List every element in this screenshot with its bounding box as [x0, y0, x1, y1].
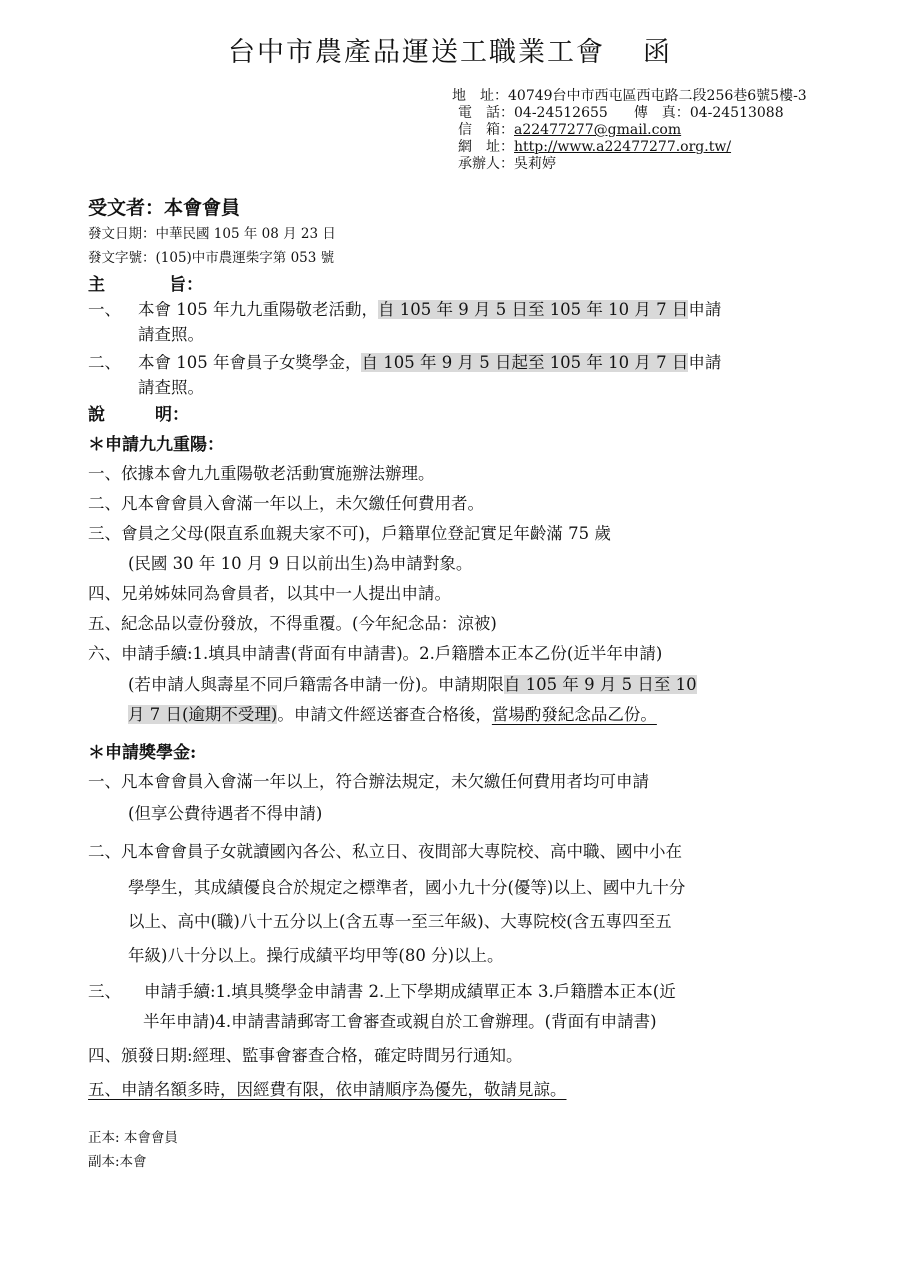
website-link[interactable]: http://www.a22477277.org.tw/	[514, 139, 731, 155]
document-title: 台中市農產品運送工職業工會函	[0, 30, 900, 69]
phone: 04-24512655	[514, 105, 608, 121]
scholarship-item-3: 三、申請手續:1.填具獎學金申請書 2.上下學期成績單正本 3.戶籍謄本正本(近	[88, 978, 676, 1002]
highlighted-deadline: 自 105 年 9 月 5 日至 10	[504, 675, 697, 694]
explanation-heading: 說明：	[88, 400, 189, 425]
chongyang-item-4: 四、兄弟姊妹同為會員者，以其中一人提出申請。	[88, 580, 451, 604]
doc-type: 函	[643, 37, 672, 68]
scholarship-item-2-line2: 學學生，其成績優良合於規定之標準者，國小九十分(優等)以上、國中九十分	[128, 874, 685, 898]
issue-date: 發文日期：中華民國 105 年 08 月 23 日	[88, 222, 336, 242]
scholarship-item-4: 四、頒發日期:經理、監事會審查合格，確定時間另行通知。	[88, 1042, 523, 1066]
subject-item-1: 一、本會 105 年九九重陽敬老活動，自 105 年 9 月 5 日至 105 …	[88, 296, 721, 320]
underlined-note: 當場酌發紀念品乙份。	[492, 705, 657, 724]
address: 40749台中市西屯區西屯路二段256巷6號5樓-3	[508, 88, 807, 104]
issue-number: 發文字號：(105)中市農運柴字第 053 號	[88, 246, 334, 266]
highlighted-date-range: 自 105 年 9 月 5 日起至 105 年 10 月 7 日	[361, 353, 688, 372]
original-recipient: 正本: 本會會員	[88, 1126, 178, 1146]
chongyang-item-3: 三、會員之父母(限直系血親夫家不可)，戶籍單位登記實足年齡滿 75 歲	[88, 520, 611, 544]
scholarship-item-1: 一、凡本會會員入會滿一年以上，符合辦法規定，未欠繳任何費用者均可申請	[88, 768, 649, 792]
address-row: 地 址：40749台中市西屯區西屯路二段256巷6號5樓-3	[452, 88, 807, 105]
web-row: 網 址：http://www.a22477277.org.tw/	[452, 139, 807, 156]
chongyang-item-6-line2: (若申請人與壽星不同戶籍需各申請一份)。申請期限自 105 年 9 月 5 日至…	[128, 671, 697, 695]
contact-block: 地 址：40749台中市西屯區西屯路二段256巷6號5樓-3 電 話：04-24…	[452, 88, 807, 173]
chongyang-item-6: 六、申請手續:1.填具申請書(背面有申請書)。2.戶籍謄本正本乙份(近半年申請)	[88, 640, 662, 664]
chongyang-item-2: 二、凡本會會員入會滿一年以上，未欠繳任何費用者。	[88, 490, 484, 514]
scholarship-item-5: 五、申請名額多時，因經費有限，依申請順序為優先，敬請見諒。	[88, 1076, 567, 1100]
subject-item-2: 二、本會 105 年會員子女獎學金，自 105 年 9 月 5 日起至 105 …	[88, 349, 721, 373]
section-title-chongyang: ＊申請九九重陽：	[88, 430, 224, 455]
scholarship-item-2-line3: 以上、高中(職)八十五分以上(含五專一至三年級)、大專院校(含五專四至五	[128, 908, 672, 932]
receiver: 受文者：本會會員	[88, 193, 240, 220]
handler-row: 承辦人：吳莉婷	[452, 156, 807, 173]
email-link[interactable]: a22477277@gmail.com	[514, 122, 681, 138]
subject-heading: 主旨：	[88, 270, 203, 295]
highlighted-date-range: 自 105 年 9 月 5 日至 105 年 10 月 7 日	[378, 300, 688, 319]
scholarship-item-2-line4: 年級)八十分以上。操行成績平均甲等(80 分)以上。	[128, 942, 504, 966]
section-title-scholarship: ＊申請獎學金:	[88, 738, 196, 763]
chongyang-item-1: 一、依據本會九九重陽敬老活動實施辦法辦理。	[88, 460, 435, 484]
subject-item-1-cont: 請查照。	[138, 321, 204, 345]
underlined-note: 申請名額多時，因經費有限，依申請順序為優先，敬請見諒。	[121, 1080, 567, 1099]
scholarship-item-2: 二、凡本會會員子女就讀國內各公、私立日、夜間部大專院校、高中職、國中小在	[88, 838, 682, 862]
handler-name: 吳莉婷	[514, 156, 556, 172]
subject-item-2-cont: 請查照。	[138, 374, 204, 398]
org-name: 台中市農產品運送工職業工會	[228, 37, 605, 68]
email-row: 信 箱：a22477277@gmail.com	[452, 122, 807, 139]
chongyang-item-5: 五、紀念品以壹份發放，不得重覆。(今年紀念品：涼被)	[88, 610, 497, 634]
highlighted-deadline: 月 7 日(逾期不受理)	[128, 705, 277, 724]
phone-row: 電 話：04-24512655傳 真：04-24513088	[452, 105, 807, 122]
fax: 04-24513088	[690, 105, 784, 121]
copy-recipient: 副本:本會	[88, 1150, 147, 1170]
scholarship-item-1-cont: (但享公費待遇者不得申請)	[128, 800, 322, 824]
chongyang-item-3-cont: (民國 30 年 10 月 9 日以前出生)為申請對象。	[128, 550, 472, 574]
chongyang-item-6-line3: 月 7 日(逾期不受理)。申請文件經送審查合格後，當場酌發紀念品乙份。	[128, 701, 657, 725]
scholarship-item-3-cont: 半年申請)4.申請書請郵寄工會審查或親自於工會辦理。(背面有申請書)	[143, 1008, 657, 1032]
